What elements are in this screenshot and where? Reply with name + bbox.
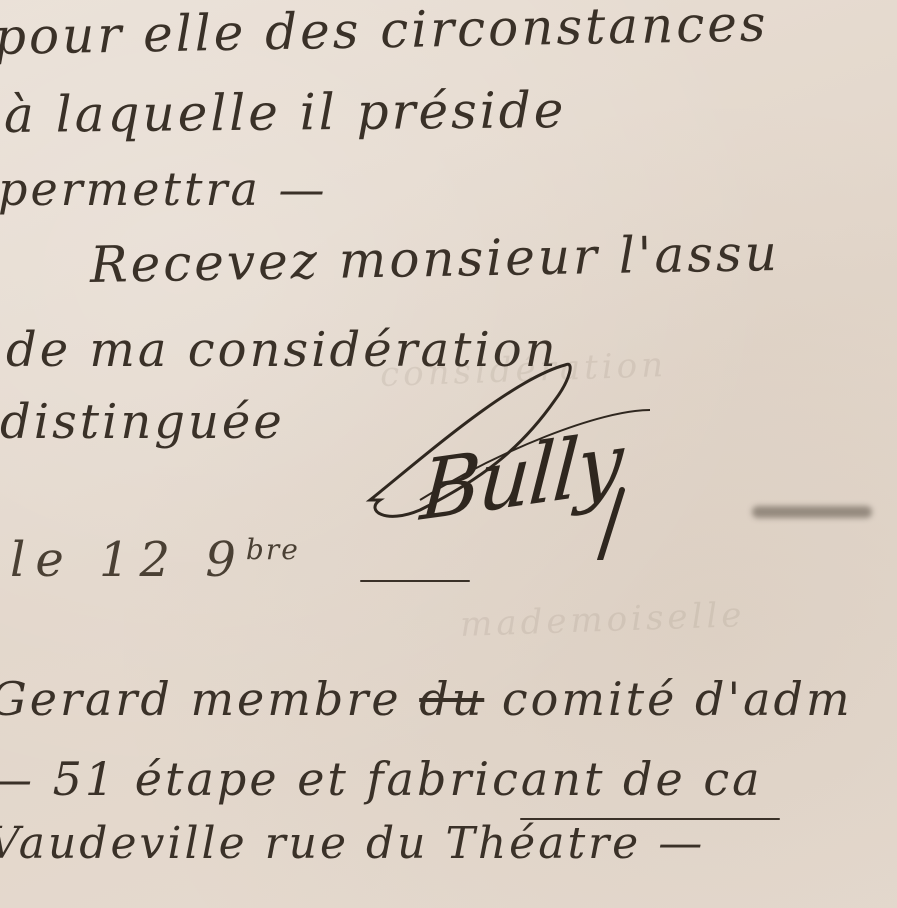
annotation-text: comité d'adm <box>484 672 852 726</box>
date-day: le 12 <box>10 532 180 588</box>
closing-line-3: distinguée <box>0 394 285 450</box>
annotation-line-3: Vaudeville rue du Théatre — <box>0 818 705 869</box>
date-month-sup: bre <box>246 533 300 566</box>
annotation-text: Gerard membre <box>0 672 419 726</box>
letter-line-2: à laquelle il préside <box>4 81 567 144</box>
ink-smudge <box>752 506 872 518</box>
letter-line-1: pour elle des circonstances <box>0 0 769 66</box>
manuscript-page: considération mademoiselle pour elle des… <box>0 0 897 908</box>
letter-line-3: permettra — <box>0 162 328 216</box>
annotation-line-1: Gerard membre du comité d'adm <box>0 672 853 726</box>
bleed-through-text: mademoiselle <box>459 595 746 645</box>
struck-text: du <box>419 672 484 726</box>
date-line: le 12 9bre <box>10 532 300 588</box>
date-month: 9 <box>205 532 246 588</box>
underline-stroke <box>360 580 470 582</box>
closing-line-1: Recevez monsieur l'assu <box>89 224 780 294</box>
underline-stroke <box>520 818 780 820</box>
annotation-line-2: — 51 étape et fabricant de ca <box>0 752 763 806</box>
